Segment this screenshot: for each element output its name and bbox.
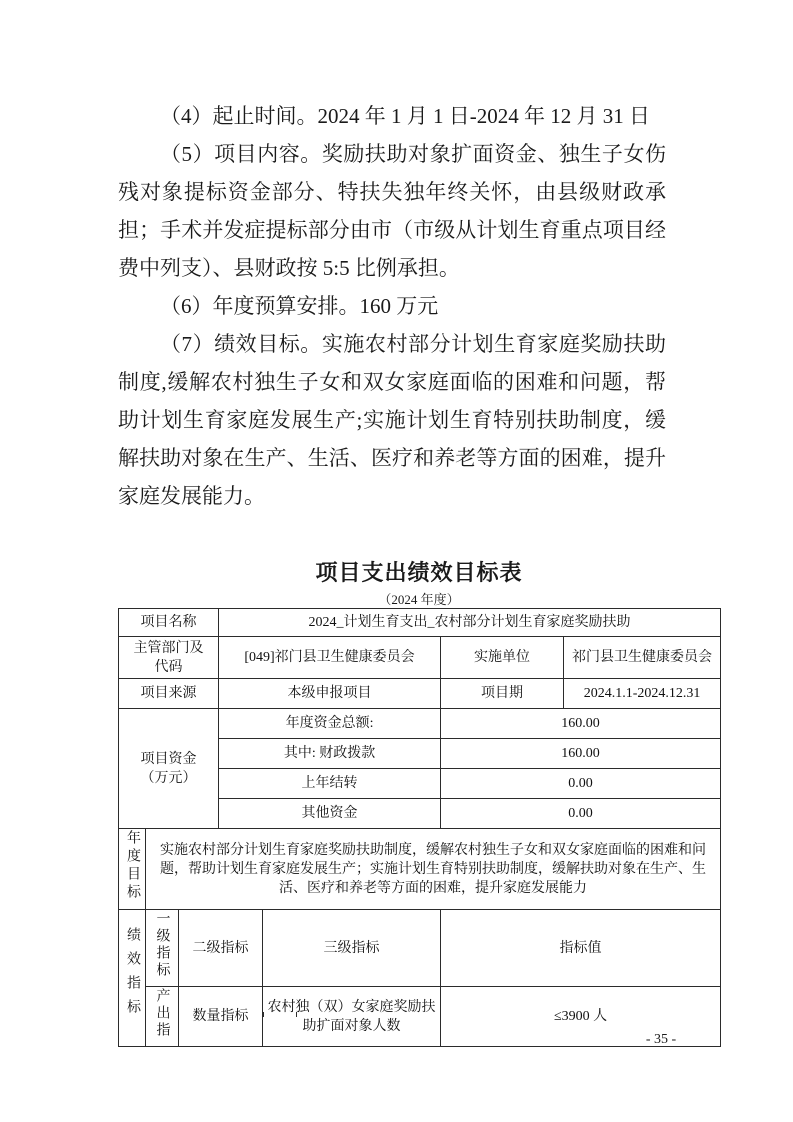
body-text-block: （4）起止时间。2024 年 1 月 1 日-2024 年 12 月 31 日 … (118, 97, 666, 515)
indicator-level2-cell: 数量指标 (179, 987, 263, 1047)
indicator-level2-header: 二级指标 (179, 910, 263, 987)
paragraph-7: （7）绩效目标。实施农村部分计划生育家庭奖励扶助制度,缓解农村独生子女和双女家庭… (118, 325, 666, 515)
funding-fiscal-value: 160.00 (441, 739, 721, 769)
impl-unit-label: 实施单位 (441, 637, 564, 679)
table-row: 绩效指标 一级指标 二级指标 三级指标 指标值 (119, 910, 721, 987)
funding-fiscal-label: 其中: 财政拨款 (219, 739, 441, 769)
table-row: 年度目标 实施农村部分计划生育家庭奖励扶助制度，缓解农村独生子女和双女家庭面临的… (119, 829, 721, 910)
indicators-group-label: 绩效指标 (119, 910, 146, 1047)
project-name-value: 2024_计划生育支出_农村部分计划生育家庭奖励扶助 (219, 609, 721, 637)
indicator-level3-header: 三级指标 (263, 910, 441, 987)
truncated-cell-border-left (263, 1012, 264, 1017)
paragraph-4: （4）起止时间。2024 年 1 月 1 日-2024 年 12 月 31 日 (118, 97, 666, 135)
funding-total-value: 160.00 (441, 709, 721, 739)
performance-target-table: 项目名称 2024_计划生育支出_农村部分计划生育家庭奖励扶助 主管部门及 代码… (118, 608, 721, 1047)
page-number: - 35 - (621, 1032, 701, 1048)
funding-carryover-label: 上年结转 (219, 769, 441, 799)
impl-unit-value: 祁门县卫生健康委员会 (564, 637, 721, 679)
funding-total-label: 年度资金总额: (219, 709, 441, 739)
paragraph-5: （5）项目内容。奖励扶助对象扩面资金、独生子女伤残对象提标资金部分、特扶失独年终… (118, 135, 666, 287)
indicator-value-header: 指标值 (441, 910, 721, 987)
funding-group-label: 项目资金 （万元） (119, 709, 219, 829)
indicator-level1-header: 一级指标 (146, 910, 179, 987)
paragraph-6: （6）年度预算安排。160 万元 (118, 287, 666, 325)
project-period-label: 项目期 (441, 679, 564, 709)
table-row: 项目名称 2024_计划生育支出_农村部分计划生育家庭奖励扶助 (119, 609, 721, 637)
funding-other-value: 0.00 (441, 799, 721, 829)
funding-other-label: 其他资金 (219, 799, 441, 829)
project-source-value: 本级申报项目 (219, 679, 441, 709)
department-label: 主管部门及 代码 (119, 637, 219, 679)
table-subtitle: （2024 年度） (118, 589, 720, 608)
project-source-label: 项目来源 (119, 679, 219, 709)
indicator-level1-cell: 产出指 (146, 987, 179, 1047)
table-row: 主管部门及 代码 [049]祁门县卫生健康委员会 实施单位 祁门县卫生健康委员会 (119, 637, 721, 679)
project-name-label: 项目名称 (119, 609, 219, 637)
table-title: 项目支出绩效目标表 (118, 556, 720, 587)
annual-goal-label: 年度目标 (119, 829, 146, 910)
truncated-cell-border-right (296, 1012, 297, 1017)
department-value: [049]祁门县卫生健康委员会 (219, 637, 441, 679)
annual-goal-text: 实施农村部分计划生育家庭奖励扶助制度，缓解农村独生子女和双女家庭面临的困难和问题… (146, 829, 721, 910)
document-page: （4）起止时间。2024 年 1 月 1 日-2024 年 12 月 31 日 … (0, 0, 793, 1122)
table-row: 项目资金 （万元） 年度资金总额: 160.00 (119, 709, 721, 739)
funding-carryover-value: 0.00 (441, 769, 721, 799)
indicator-level3-cell: 农村独（双）女家庭奖励扶助扩面对象人数 (263, 987, 441, 1047)
project-period-value: 2024.1.1-2024.12.31 (564, 679, 721, 709)
table-row: 项目来源 本级申报项目 项目期 2024.1.1-2024.12.31 (119, 679, 721, 709)
